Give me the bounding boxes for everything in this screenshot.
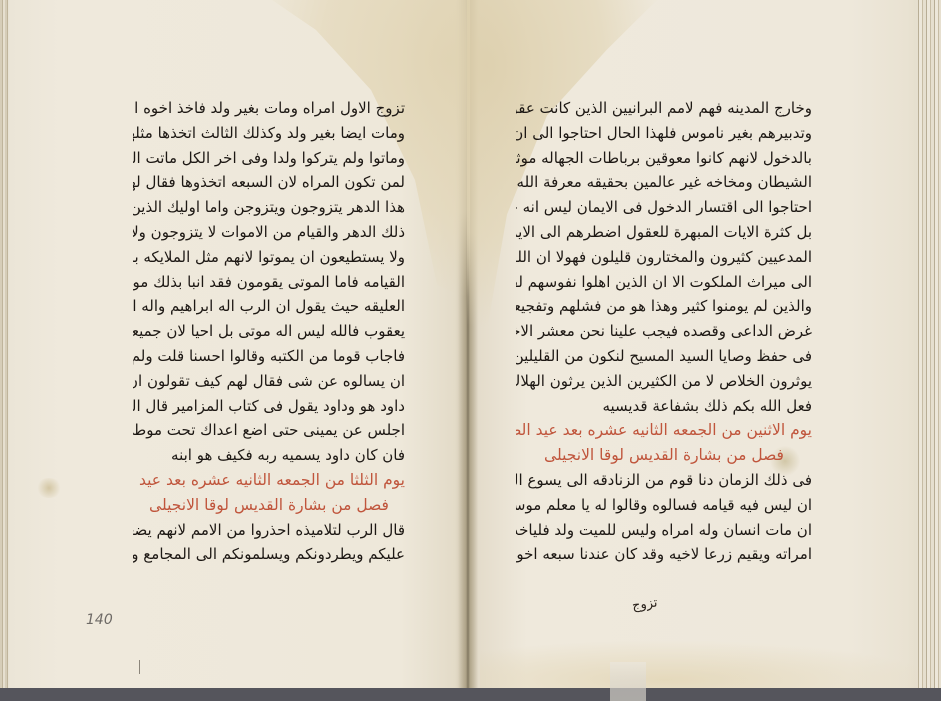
text-line: وماتوا ولم يتركوا ولدا وفى اخر الكل ماتت… [133,146,405,171]
text-line: وتدبيرهم بغير ناموس فلهذا الحال احتاجوا … [516,121,812,146]
text-line: فاجاب قوما من الكتبه وقالوا احسنا قلت ول… [133,344,405,369]
text-line: فى حفظ وصايا السيد المسيح لنكون من القلي… [516,344,812,369]
gutter [458,0,478,692]
pencil-mark [139,660,140,674]
text-line: لمن تكون المراه لان السبعه اتخذوها فقال … [133,170,405,195]
background-surface [0,688,941,701]
text-line: قال الرب لتلاميذه احذروا من الامم لانهم … [133,518,405,543]
text-line: غرض الداعى وقصده فيجب علينا نحن معشر الا… [516,319,812,344]
text-line: فعل الله بكم ذلك بشفاعة قديسيه [516,394,812,419]
rubric-heading: يوم الاثنين من الجمعه الثانيه عشره بعد ع… [516,418,812,443]
text-line: يوثرون الخلاص لا من الكثيرين الذين يرثون… [516,369,812,394]
rubric-heading: يوم الثلثا من الجمعه الثانيه عشره بعد عي… [133,468,405,493]
rubric-heading: فصل من بشارة القديس لوقا الانجيلى [516,443,812,468]
text-line: امراته ويقيم زرعا لاخيه وقد كان عندنا سب… [516,542,812,567]
text-line: هذا الدهر يتزوجون ويتزوجن واما اوليك الذ… [133,195,405,220]
text-line: عليكم ويطردونكم ويسلمونكم الى المجامع وا… [133,542,405,567]
text-line: بالدخول لانهم كانوا معوقين برباطات الجها… [516,146,812,171]
page-clip [610,662,646,701]
text-line: القيامه فاما الموتى يقومون فقد انبا بذلك… [133,270,405,295]
text-line: وخارج المدينه فهم لامم البرانيين الذين ك… [516,96,812,121]
rubric-heading: فصل من بشارة القديس لوقا الانجيلى [133,493,405,518]
text-line: العليقه حيث يقول ان الرب اله ابراهيم وال… [133,294,405,319]
left-page-text: تزوج الاول امراه ومات بغير ولد فاخذ اخوه… [133,96,405,567]
text-line: والذين لم يومنوا كثير وهذا هو من فشلهم و… [516,294,812,319]
text-line: فان كان داود يسميه ربه فكيف هو ابنه [133,443,405,468]
text-line: ان يسالوه عن شى فقال لهم كيف تقولون ان ا… [133,369,405,394]
text-line: داود هو وداود يقول فى كتاب المزامير قال … [133,394,405,419]
text-line: بل كثرة الايات المبهرة للعقول اضطرهم الى… [516,220,812,245]
right-fore-edge [915,0,941,692]
text-line: احتاجوا الى اقتسار الدخول فى الايمان ليس… [516,195,812,220]
text-line: ولا يستطيعون ان يموتوا لانهم مثل الملايك… [133,245,405,270]
text-line: المدعيين كثيرون والمختارون قليلون فهولا … [516,245,812,270]
folio-number: 140 [86,612,113,628]
left-page-edge [0,0,8,690]
text-line: ان ليس فيه قيامه فسالوه وقالوا له يا معل… [516,493,812,518]
text-line: تزوج الاول امراه ومات بغير ولد فاخذ اخوه… [133,96,405,121]
text-line: ان مات انسان وله امراه وليس للميت ولد فل… [516,518,812,543]
text-line: اجلس عن يمينى حتى اضع اعداك تحت موطى قدم… [133,418,405,443]
text-line: يعقوب فالله ليس اله موتى بل احيا لان جمي… [133,319,405,344]
text-line: ذلك الدهر والقيام من الاموات لا يتزوجون … [133,220,405,245]
manuscript-spread: تزوج الاول امراه ومات بغير ولد فاخذ اخوه… [0,0,941,701]
text-line: الشيطان ومخاخه غير عالمين بحقيقه معرفة ا… [516,170,812,195]
right-page-text: وخارج المدينه فهم لامم البرانيين الذين ك… [516,96,812,567]
text-line: فى ذلك الزمان دنا قوم من الزنادقه الى يس… [516,468,812,493]
text-line: ومات ايضا بغير ولد وكذلك الثالث اتخذها م… [133,121,405,146]
text-line: الى ميراث الملكوت الا ان الذين اهلوا نفو… [516,270,812,295]
